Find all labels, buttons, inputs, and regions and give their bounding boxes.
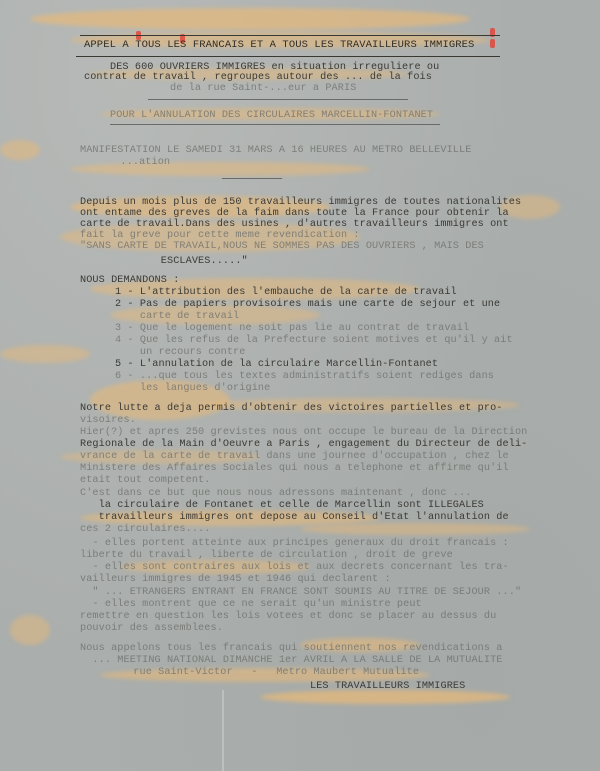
demand-6-cont: les langues d'origine	[115, 383, 270, 395]
stain	[10, 615, 50, 645]
para2-line-8: C'est dans ce but que nous nous adresson…	[80, 488, 471, 500]
demand-4-cont: un recours contre	[115, 347, 245, 359]
para3-line-6: - elles montrent que ce ne serait qu'un …	[80, 599, 422, 611]
intro-rule	[148, 99, 408, 100]
demand-6: 6 - ...que tous les textes administratif…	[115, 371, 494, 383]
para2-line-3: Hier(?) et apres 250 grevistes nous ont …	[80, 427, 527, 439]
closing-line-3: rue Saint-Victor - Metro Maubert Mutuali…	[96, 667, 419, 679]
para2-line-5: vrance de la carte de travail dans une j…	[80, 451, 509, 463]
title-top-rule	[80, 35, 500, 36]
para2-line-1: Notre lutte a deja permis d'obtenir des …	[80, 403, 503, 415]
document-title: APPEL A TOUS LES FRANCAIS ET A TOUS LES …	[84, 39, 474, 51]
demand-2-cont: carte de travail	[115, 311, 239, 323]
stain	[30, 8, 470, 30]
para2-line-9: la circulaire de Fontanet et celle de Ma…	[80, 500, 484, 512]
demand-4: 4 - Que les refus de la Prefecture soien…	[115, 335, 513, 347]
para2-line-4: Regionale de la Main d'Oeuvre a Paris , …	[80, 439, 527, 451]
meeting-line-1: MANIFESTATION LE SAMEDI 31 MARS A 16 HEU…	[80, 145, 471, 157]
closing-line-2: ... MEETING NATIONAL DIMANCHE 1er AVRIL …	[80, 655, 503, 667]
para3-line-3: - elles sont contraires aux lois et aux …	[80, 562, 509, 574]
para3-line-4: vailleurs immigres de 1945 et 1946 qui d…	[80, 574, 391, 586]
demand-2: 2 - Pas de papiers provisoires mais une …	[115, 299, 500, 311]
para2-line-7: etait tout competent.	[80, 475, 210, 487]
para3-line-5: " ... ETRANGERS ENTRANT EN FRANCE SONT S…	[80, 587, 521, 599]
para3-line-1: - elles portent atteinte aux principes g…	[80, 538, 509, 550]
demands-heading: NOUS DEMANDONS :	[80, 275, 179, 287]
para2-line-10: travailleurs immigres ont depose au Cons…	[80, 512, 509, 524]
scanned-document: APPEL A TOUS LES FRANCAIS ET A TOUS LES …	[0, 0, 600, 771]
para2-line-11: ces 2 circulaires....	[80, 524, 210, 536]
para3-line-8: pouvoir des assemblees.	[80, 623, 223, 635]
demand-5: 5 - L'annulation de la circulaire Marcel…	[115, 359, 438, 371]
para3-line-2: liberte du travail , liberte de circulat…	[80, 550, 453, 562]
closing-line-1: Nous appelons tous les francais qui sout…	[80, 643, 503, 655]
para2-line-6: Ministere des Affaires Sociales qui nous…	[80, 463, 509, 475]
paper-crease	[222, 690, 224, 771]
para1-line-5: "SANS CARTE DE TRAVAIL,NOUS NE SOMMES PA…	[80, 241, 484, 253]
red-ink-mark	[490, 39, 495, 48]
para1-line-6: ESCLAVES....."	[80, 256, 248, 268]
stain	[0, 140, 40, 160]
para3-line-7: remettre en question les lois votees et …	[80, 611, 496, 623]
demand-1: 1 - L'attribution des l'embauche de la c…	[115, 287, 457, 299]
para2-line-2: visoires.	[80, 415, 136, 427]
stain	[0, 345, 90, 363]
title-bottom-rule	[76, 56, 500, 57]
signature: LES TRAVAILLEURS IMMIGRES	[310, 681, 465, 693]
subtitle: POUR L'ANNULATION DES CIRCULAIRES MARCEL…	[110, 110, 433, 122]
intro-line-3: de la rue Saint-...eur a PARIS	[170, 83, 356, 95]
meeting-rule	[222, 178, 282, 179]
meeting-line-2: ...ation	[108, 157, 170, 169]
demand-3: 3 - Que le logement ne soit pas lie au c…	[115, 323, 469, 335]
stain	[300, 523, 530, 535]
subtitle-underline	[110, 124, 440, 125]
